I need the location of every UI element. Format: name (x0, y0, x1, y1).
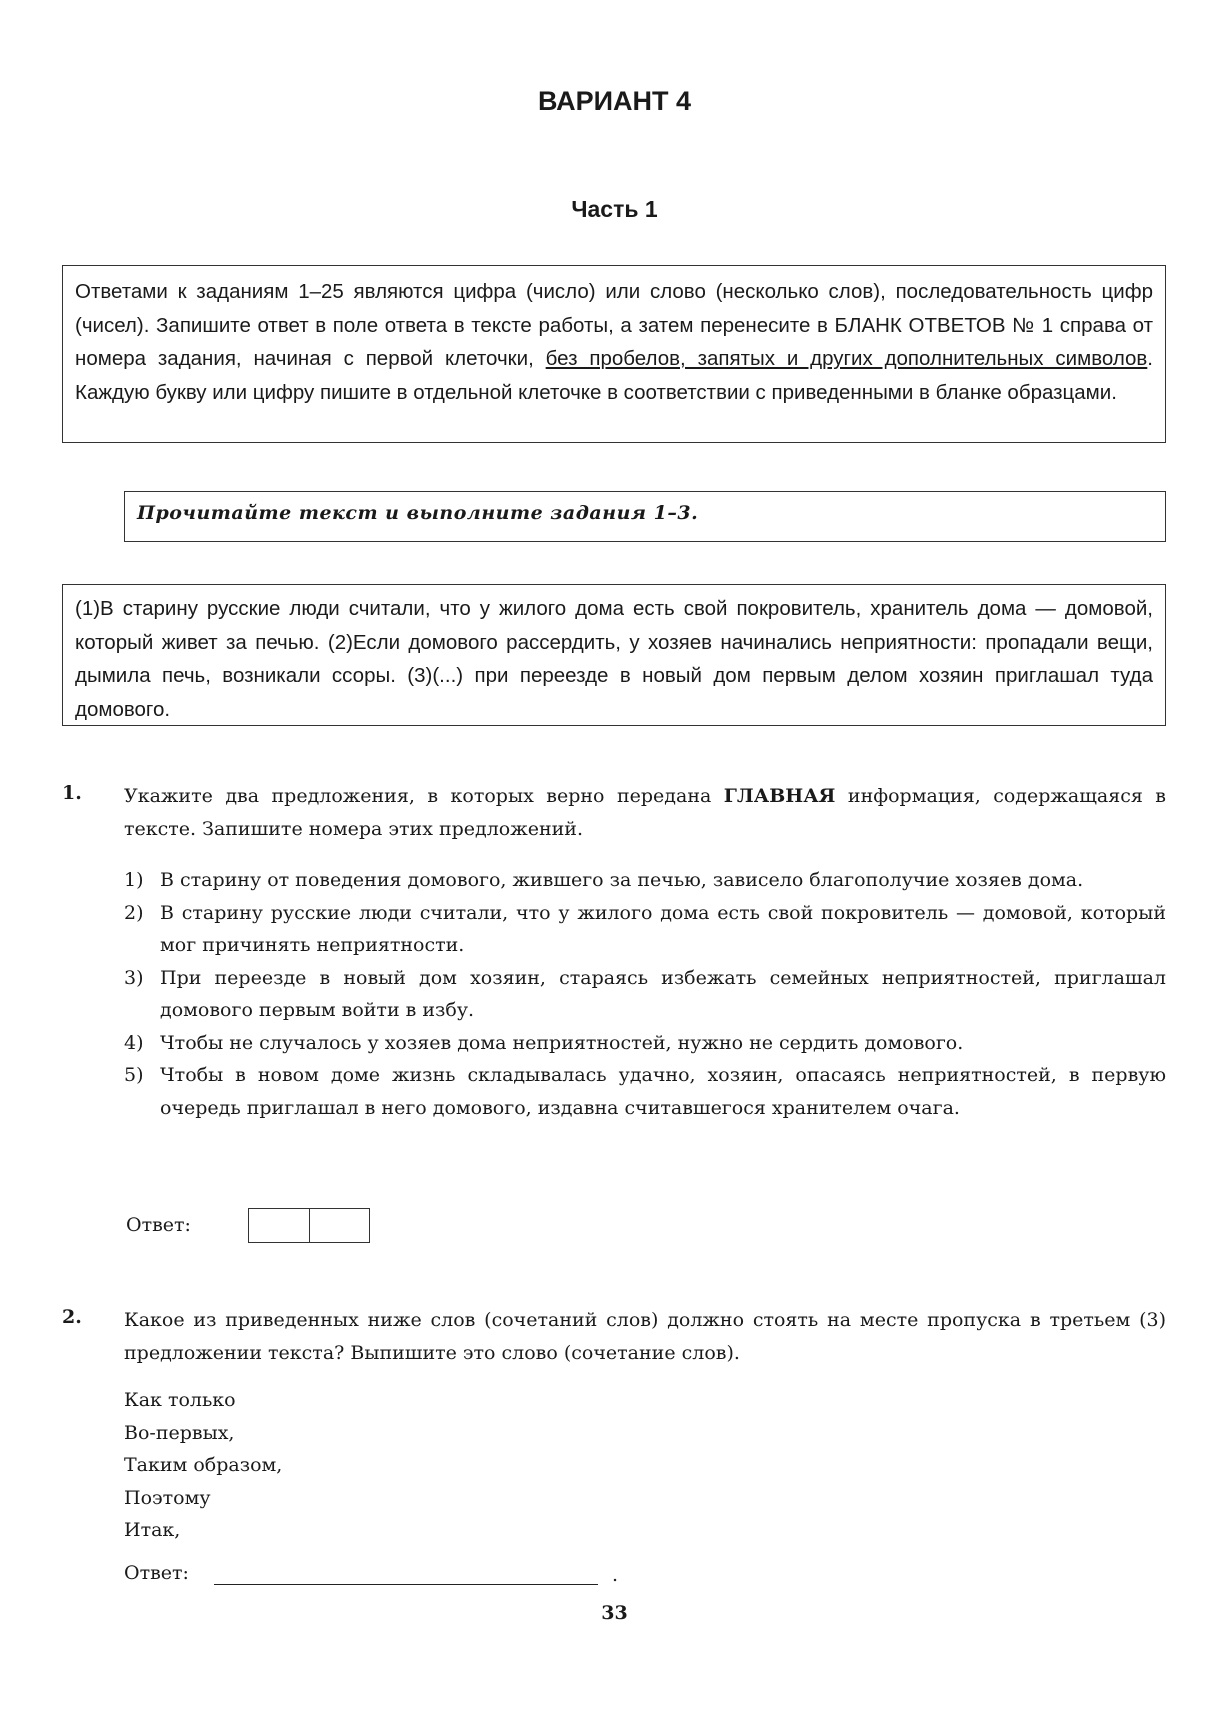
option-item: 4)Чтобы не случалось у хозяев дома непри… (124, 1027, 1166, 1060)
instructions-text: Ответами к заданиям 1–25 являются цифра … (75, 275, 1153, 409)
option-item: Как только (124, 1384, 282, 1417)
question-text-part: Укажите два предложения, в которых верно… (124, 785, 724, 807)
variant-title: ВАРИАНТ 4 (0, 86, 1229, 117)
option-item: 2)В старину русские люди считали, что у … (124, 897, 1166, 962)
question-1-text: Укажите два предложения, в которых верно… (124, 780, 1166, 846)
instructions-underlined-text: без пробелов, запятых и других дополните… (546, 347, 1148, 370)
option-item: 3)При переезде в новый дом хозяин, стара… (124, 962, 1166, 1027)
question-2-number: 2. (62, 1306, 82, 1328)
question-2-text: Какое из приведенных ниже слов (сочетани… (124, 1304, 1166, 1370)
option-number: 4) (124, 1027, 144, 1060)
option-text: В старину от поведения домового, жившего… (160, 869, 1083, 891)
question-2-answer-line[interactable] (214, 1584, 598, 1585)
read-task-box: Прочитайте текст и выполните задания 1–3… (124, 491, 1166, 542)
question-1-answer-label: Ответ: (126, 1214, 191, 1236)
option-text: Чтобы не случалось у хозяев дома неприят… (160, 1032, 963, 1054)
answer-cell[interactable] (249, 1209, 309, 1242)
part-title: Часть 1 (0, 196, 1229, 223)
read-task-text: Прочитайте текст и выполните задания 1–3… (137, 502, 698, 524)
option-item: Итак, (124, 1514, 282, 1547)
page-number: 33 (0, 1602, 1229, 1624)
option-item: Поэтому (124, 1482, 282, 1515)
option-text: В старину русские люди считали, что у жи… (160, 902, 1166, 957)
source-text-box: (1)В старину русские люди считали, что у… (62, 584, 1166, 726)
option-item: 1)В старину от поведения домового, живше… (124, 864, 1166, 897)
option-number: 5) (124, 1059, 144, 1092)
option-number: 2) (124, 897, 144, 930)
question-1-options: 1)В старину от поведения домового, живше… (124, 864, 1166, 1124)
source-text: (1)В старину русские люди считали, что у… (75, 592, 1153, 726)
question-1-answer-boxes[interactable] (248, 1208, 370, 1243)
question-2-options: Как только Во-первых, Таким образом, Поэ… (124, 1384, 282, 1547)
question-2-answer-suffix: . (612, 1564, 618, 1586)
option-item: Таким образом, (124, 1449, 282, 1482)
option-item: 5)Чтобы в новом доме жизнь складывалась … (124, 1059, 1166, 1124)
instructions-box: Ответами к заданиям 1–25 являются цифра … (62, 265, 1166, 443)
option-text: При переезде в новый дом хозяин, стараяс… (160, 967, 1166, 1022)
question-bold-text: ГЛАВНАЯ (724, 785, 836, 807)
option-number: 1) (124, 864, 144, 897)
answer-cell[interactable] (309, 1209, 369, 1242)
option-text: Чтобы в новом доме жизнь складывалась уд… (160, 1064, 1166, 1119)
question-2-answer-label: Ответ: (124, 1562, 189, 1584)
question-1-number: 1. (62, 782, 82, 804)
option-item: Во-первых, (124, 1417, 282, 1450)
option-number: 3) (124, 962, 144, 995)
